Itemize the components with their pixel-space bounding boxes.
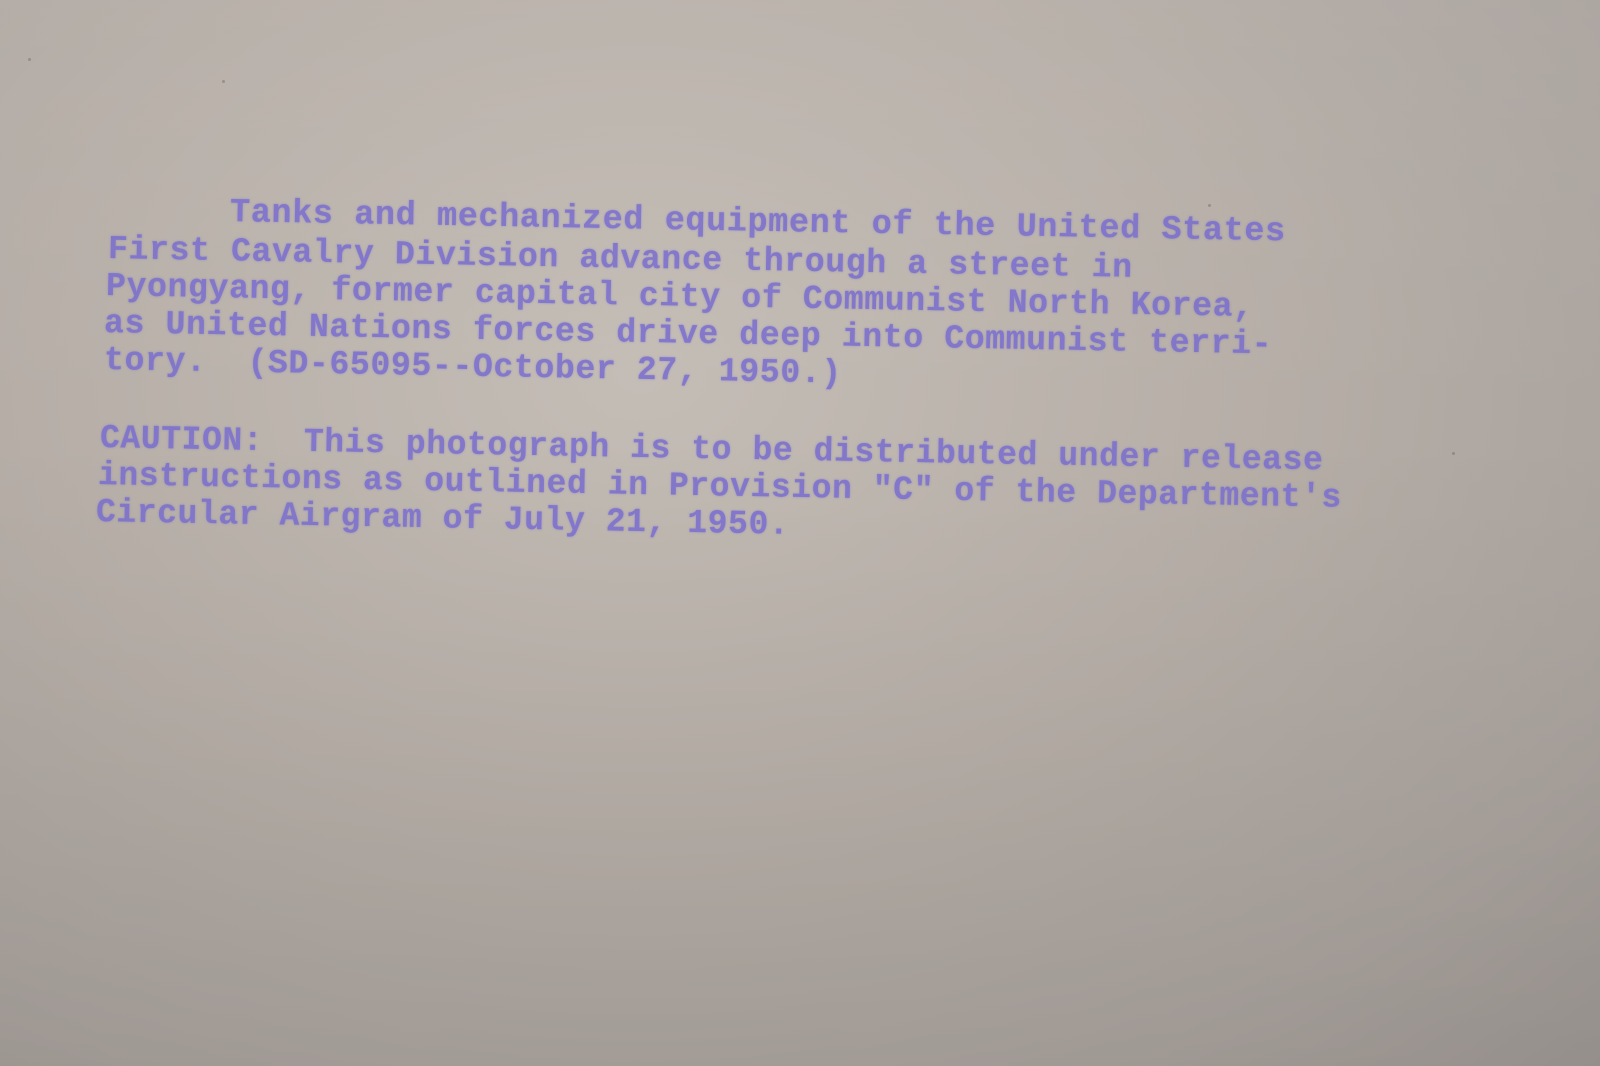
typewritten-caption: Tanks and mechanized equipment of the Un… [0, 0, 1600, 1066]
caution-line: Circular Airgram of July 21, 1950. [96, 497, 790, 543]
